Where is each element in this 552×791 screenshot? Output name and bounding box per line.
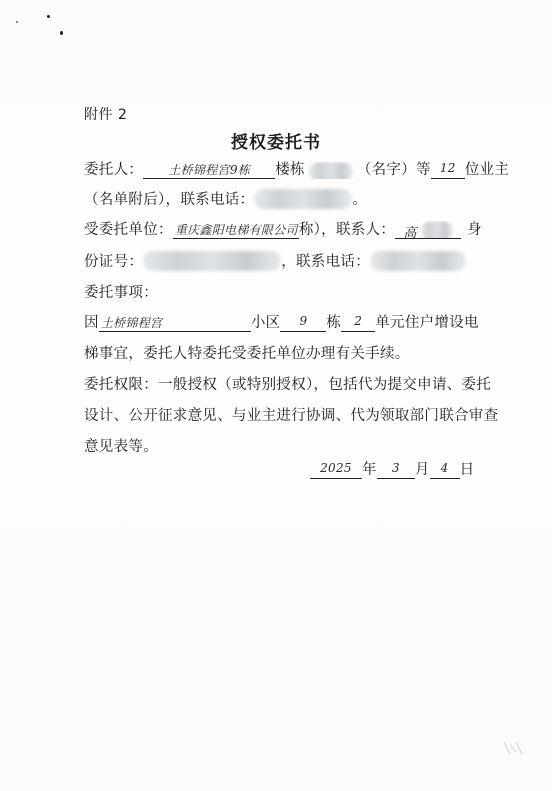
community-text: 小区 [251,315,281,331]
authority-line-1: 委托权限：一般授权（或特别授权），包括代为提交申请、委托 [84,373,491,394]
name-hint: （名字）等 [357,162,431,178]
redacted-phone [254,189,352,209]
scanned-page: 附件 2 授权委托书 委托人：土桥锦程宫9栋楼栋（名字）等12位业主 （名单附后… [0,0,552,791]
redacted-name [309,162,353,179]
day-label: 日 [460,462,475,478]
scan-speck [60,31,63,35]
scan-speck [16,21,18,23]
redacted-agent-phone [370,251,466,271]
agent-line-2: 份证号：，联系电话： [84,250,466,271]
principal-line: 委托人：土桥锦程宫9栋楼栋（名字）等12位业主 [84,158,509,179]
date-line: 2025年3月4日 [310,458,474,479]
contact-label: 称），联系人： [299,222,395,238]
scan-speck [47,15,50,18]
handwritten-contact: 高 [404,226,417,239]
building-text: 楼栋 [275,162,305,178]
handwritten-unit-number: 2 [341,314,375,332]
id-label: 份证号： [84,254,143,270]
handwritten-building: 9 [280,314,326,332]
principal-label: 委托人： [84,162,143,178]
document-title: 授权委托书 [0,128,552,153]
authority-line-2: 设计、公开征求意见、与业主进行协调、代为领取部门联合审查 [84,404,498,425]
matters-label: 委托事项： [84,281,158,302]
handwritten-year: 2025 [310,461,362,479]
building-text: 栋 [326,315,341,331]
id-text: 身 [467,222,482,238]
agent-phone-label: ，联系电话： [281,254,370,270]
redacted-id [143,251,281,271]
agent-label: 受委托单位： [84,222,173,238]
annex-label: 附件 2 [84,104,127,124]
year-label: 年 [362,462,377,478]
contact-field: 高 [395,221,461,239]
handwritten-address: 土桥锦程宫9栋 [143,161,275,179]
matters-rest: 单元住户增设电 [375,315,479,331]
faint-scan-mark-icon [502,740,524,756]
matters-line: 因土桥锦程宫小区9栋2单元住户增设电 [84,311,479,332]
month-label: 月 [415,462,430,478]
agent-line: 受委托单位：重庆鑫阳电梯有限公司称），联系人：高身 [84,218,482,239]
handwritten-month: 3 [377,461,415,479]
matters-prefix: 因 [84,315,99,331]
handwritten-count: 12 [431,161,465,179]
phone-label: （名单附后），联系电话： [84,192,254,208]
handwritten-unit: 重庆鑫阳电梯有限公司 [173,221,299,239]
redacted-contact [421,221,453,239]
owners-text: 位业主 [465,162,509,178]
authority-line-3: 意见表等。 [84,435,158,456]
period: 。 [352,192,367,208]
principal-line-2: （名单附后），联系电话：。 [84,188,367,209]
handwritten-day: 4 [430,461,460,479]
handwritten-community: 土桥锦程宫 [99,314,251,332]
matters-line-2: 梯事宜，委托人特委托受委托单位办理有关手续。 [84,342,410,363]
